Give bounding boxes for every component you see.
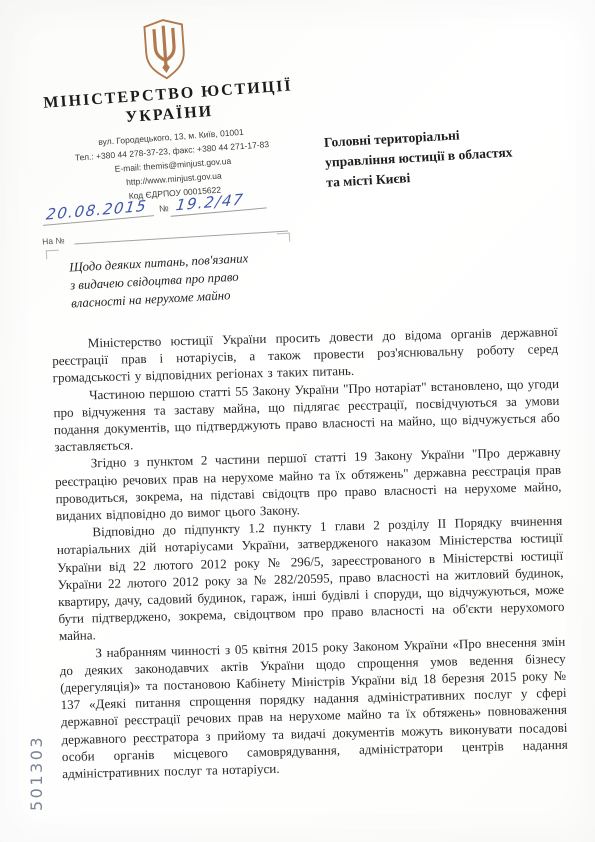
- subject-block: Щодо деяких питань, пов'язаних з видачею…: [69, 245, 321, 312]
- ukraine-trident-emblem-icon: [140, 17, 190, 82]
- letter-body: Міністерство юстиції України просить дов…: [52, 323, 569, 783]
- body-paragraph: З набранням чинності з 05 квітня 2015 ро…: [59, 632, 568, 782]
- vertical-registration-number: 501303: [27, 715, 47, 811]
- reply-to-label: На №: [42, 235, 65, 246]
- number-sign-label: №: [155, 203, 173, 217]
- reply-number-blank-line: [74, 222, 288, 245]
- address-zone-corner-mark-right: [277, 233, 290, 243]
- address-zone-corner-mark-left: [46, 250, 59, 260]
- recipient-block: Головні територіальні управління юстиції…: [324, 119, 575, 193]
- body-paragraph: Частиною першою статті 55 Закону України…: [53, 374, 561, 455]
- body-paragraph: Відповідно до підпункту 1.2 пункту 1 гла…: [56, 512, 565, 645]
- letterhead: МІНІСТЕРСТВО ЮСТИЦІЇ УКРАЇНИ вул. Городе…: [30, 9, 308, 209]
- reply-reference-row: На №: [42, 222, 288, 247]
- scanned-letter-page: МІНІСТЕРСТВО ЮСТИЦІЇ УКРАЇНИ вул. Городе…: [0, 0, 595, 842]
- body-paragraph: Згідно з пунктом 2 частини першої статті…: [55, 443, 563, 524]
